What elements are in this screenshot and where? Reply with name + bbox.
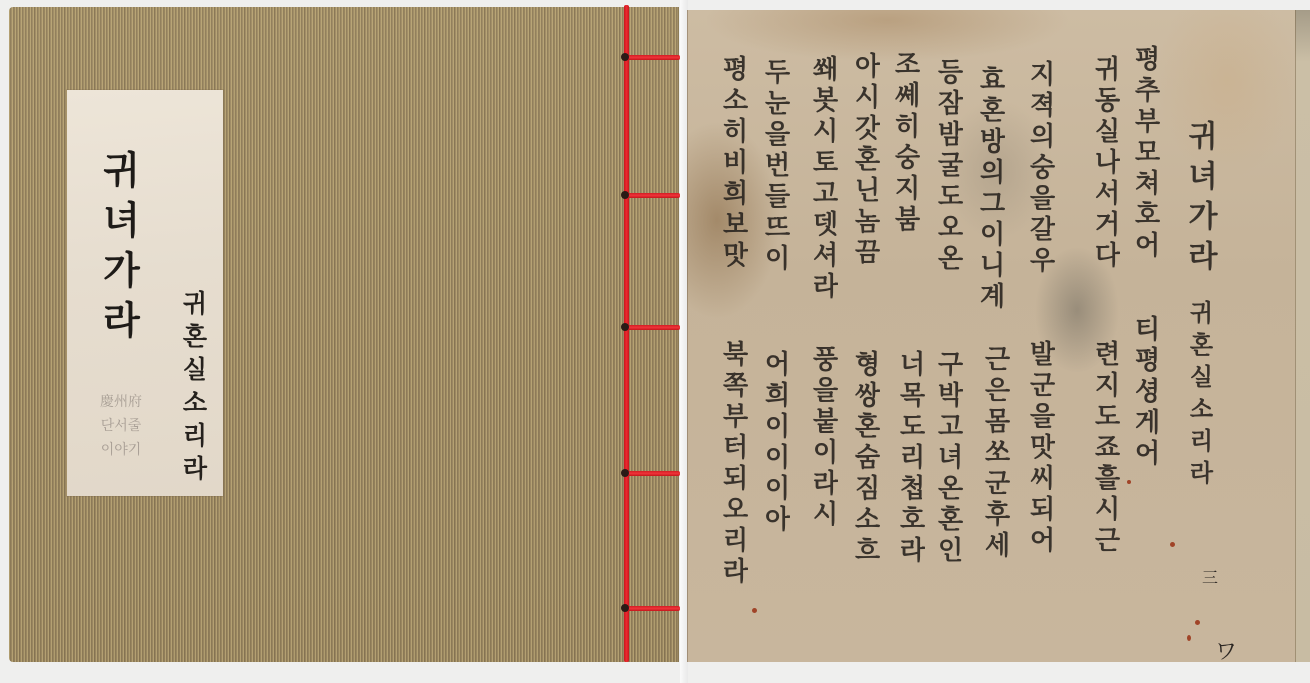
stitch-hole [621,53,629,61]
pencil-note-line: 단서줄 [81,414,161,438]
page-heading-sub: 귀혼실소리라 [1182,300,1217,492]
text-column-5-bottom: 구박고녀온혼인 [930,350,967,567]
text-column-10-bottom: 북쪽부터되오리라 [715,340,752,588]
stitch-hole [621,191,629,199]
foxing-spot [752,608,757,613]
text-column-1-top: 평추부모쳐호어 [1127,45,1164,262]
stitch-hole [621,323,629,331]
binding-stitch [625,55,680,60]
text-column-3-top: 지젹의숭을갈우 [1022,60,1059,277]
text-column-4-bottom: 근은몸쏘군후세 [977,345,1014,562]
foxing-spot [1170,542,1175,547]
binding-stitch [625,471,680,476]
next-page-edge [1295,10,1310,662]
margin-mark: ワ [1215,635,1237,666]
text-column-8-top: 쐐봇시토고뎃셔라 [805,55,842,303]
binding-stitch [625,325,680,330]
text-column-1-bottom: 티평셩게어 [1127,315,1164,470]
text-column-8-bottom: 풍을붙이라시 [805,345,842,531]
margin-mark: 三 [1202,565,1218,588]
pencil-annotation: 慶州府 단서줄 이야기 [81,390,161,462]
text-column-7-top: 아시갓혼닌놈끔 [847,52,884,269]
text-column-3-bottom: 발군을맛씨되어 [1022,340,1059,557]
cover-title: 귀녀가라 [97,150,147,350]
text-column-7-bottom: 형쌍혼숨짐소흐 [847,350,884,567]
text-column-6-bottom: 너목도리첩호라 [892,350,929,567]
foxing-spot [1187,635,1191,641]
text-column-4-top: 효혼방의그이니계 [972,65,1009,313]
manuscript-page: 귀녀가라 귀혼실소리라 평추부모쳐호어 티평셩게어 귀동실나서거다 련지도죠흘시… [687,10,1295,662]
cover-title-label: 귀녀가라 귀혼실소리라 慶州府 단서줄 이야기 [67,90,223,496]
binding-stitch [625,193,680,198]
stitch-hole [621,469,629,477]
text-column-6-top: 조쎼히숭지붐 [887,50,924,236]
text-column-9-top: 두눈을번들뜨이 [757,58,794,275]
text-column-5-top: 등잠밤굴도오온 [930,58,967,275]
binding-thread-spine [624,5,629,662]
foxing-spot [1127,480,1131,484]
text-column-2-top: 귀동실나서거다 [1087,55,1124,272]
stitch-hole [621,604,629,612]
page-heading: 귀녀가라 [1177,120,1221,280]
text-column-9-bottom: 어희이이이아 [757,350,794,536]
cover-subtitle: 귀혼실소리라 [171,290,211,488]
binding-stitch [625,606,680,611]
pencil-note-line: 慶州府 [81,390,161,414]
pencil-note-line: 이야기 [81,438,161,462]
text-column-2-bottom: 련지도죠흘시근 [1087,340,1124,557]
foxing-spot [1195,620,1200,625]
text-column-10-top: 평소히비희보맛 [715,55,752,272]
